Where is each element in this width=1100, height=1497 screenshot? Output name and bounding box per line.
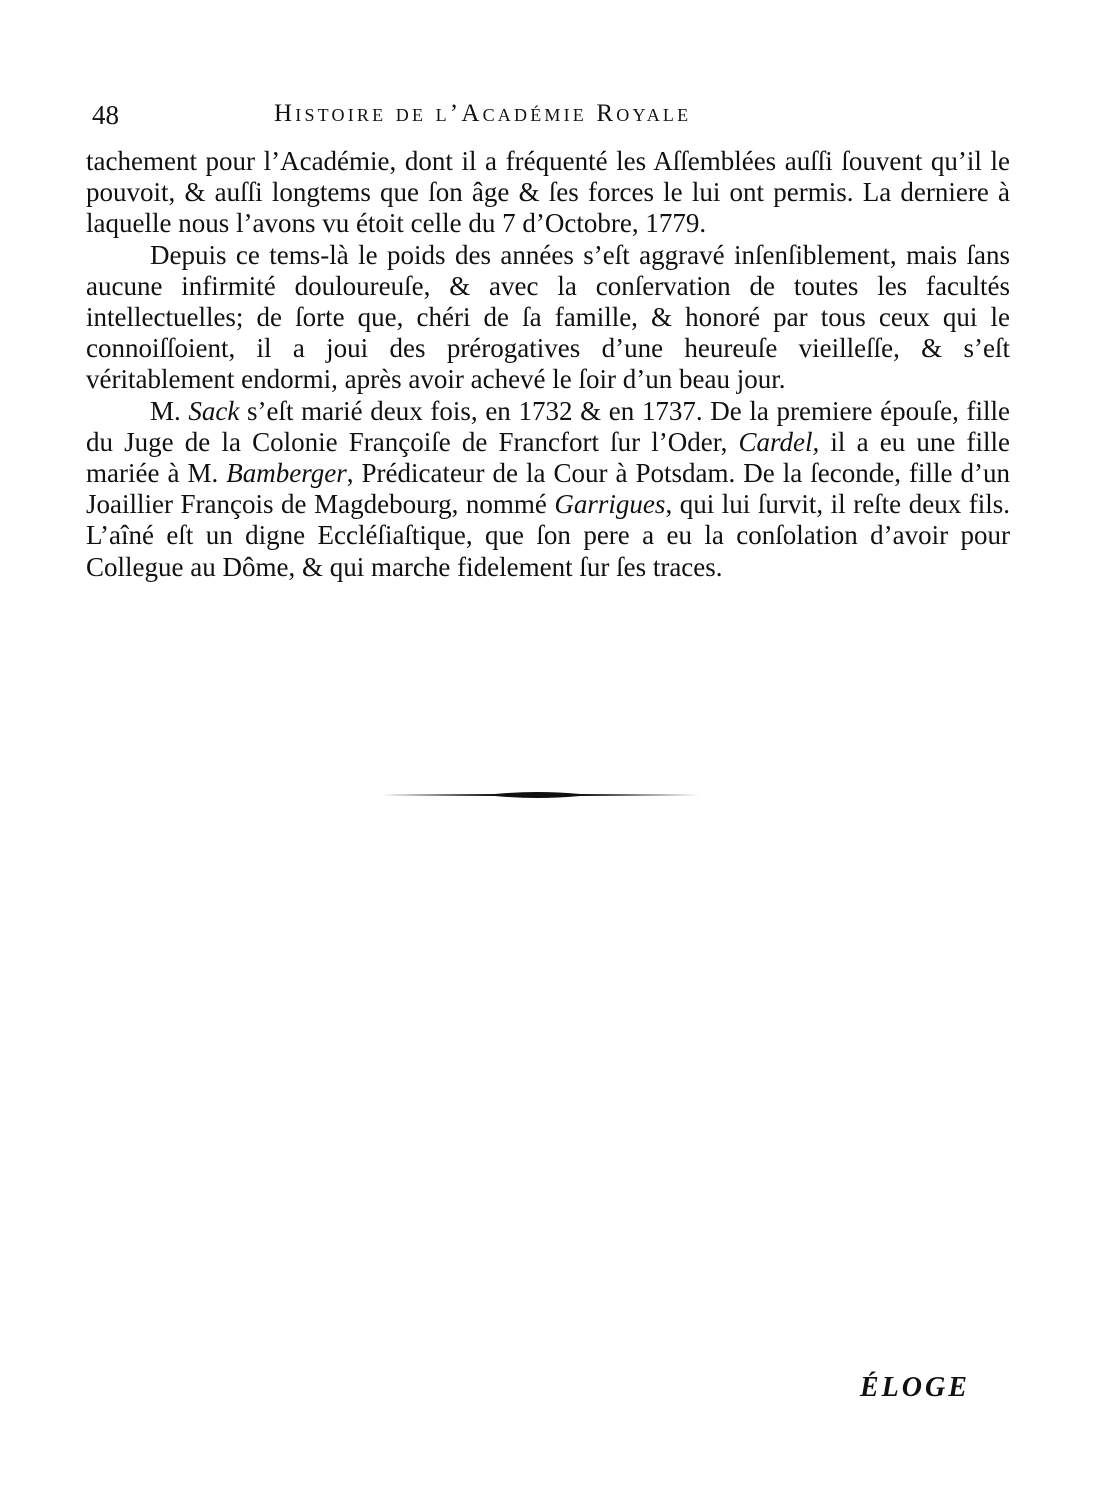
paragraph-3-text: M. xyxy=(150,396,188,426)
paragraph-1: tachement pour l’Académie, dont il a fré… xyxy=(86,146,1010,240)
paragraph-2: Depuis ce tems-là le poids des années s’… xyxy=(86,240,1010,396)
paragraph-2-text: Depuis ce tems-là le poids des années s’… xyxy=(86,240,1010,395)
name-cardel: Cardel, xyxy=(739,427,820,457)
paragraph-3: M. Sack s’eſt marié deux fois, en 1732 &… xyxy=(86,396,1010,583)
catchword: ÉLOGE xyxy=(860,1372,970,1404)
running-title: Histoire de l’Académie Royale xyxy=(274,100,691,128)
paragraph-1-text: tachement pour l’Académie, dont il a fré… xyxy=(86,146,1010,238)
body-text: tachement pour l’Académie, dont il a fré… xyxy=(86,146,1010,583)
tapered-rule-ornament xyxy=(375,789,700,801)
page-header: 48 Histoire de l’Académie Royale xyxy=(92,98,1012,138)
page-number: 48 xyxy=(92,100,119,131)
name-garrigues: Garrigues xyxy=(554,489,665,519)
name-sack: Sack xyxy=(188,396,239,426)
name-bamberger: Bamberger xyxy=(226,458,346,488)
